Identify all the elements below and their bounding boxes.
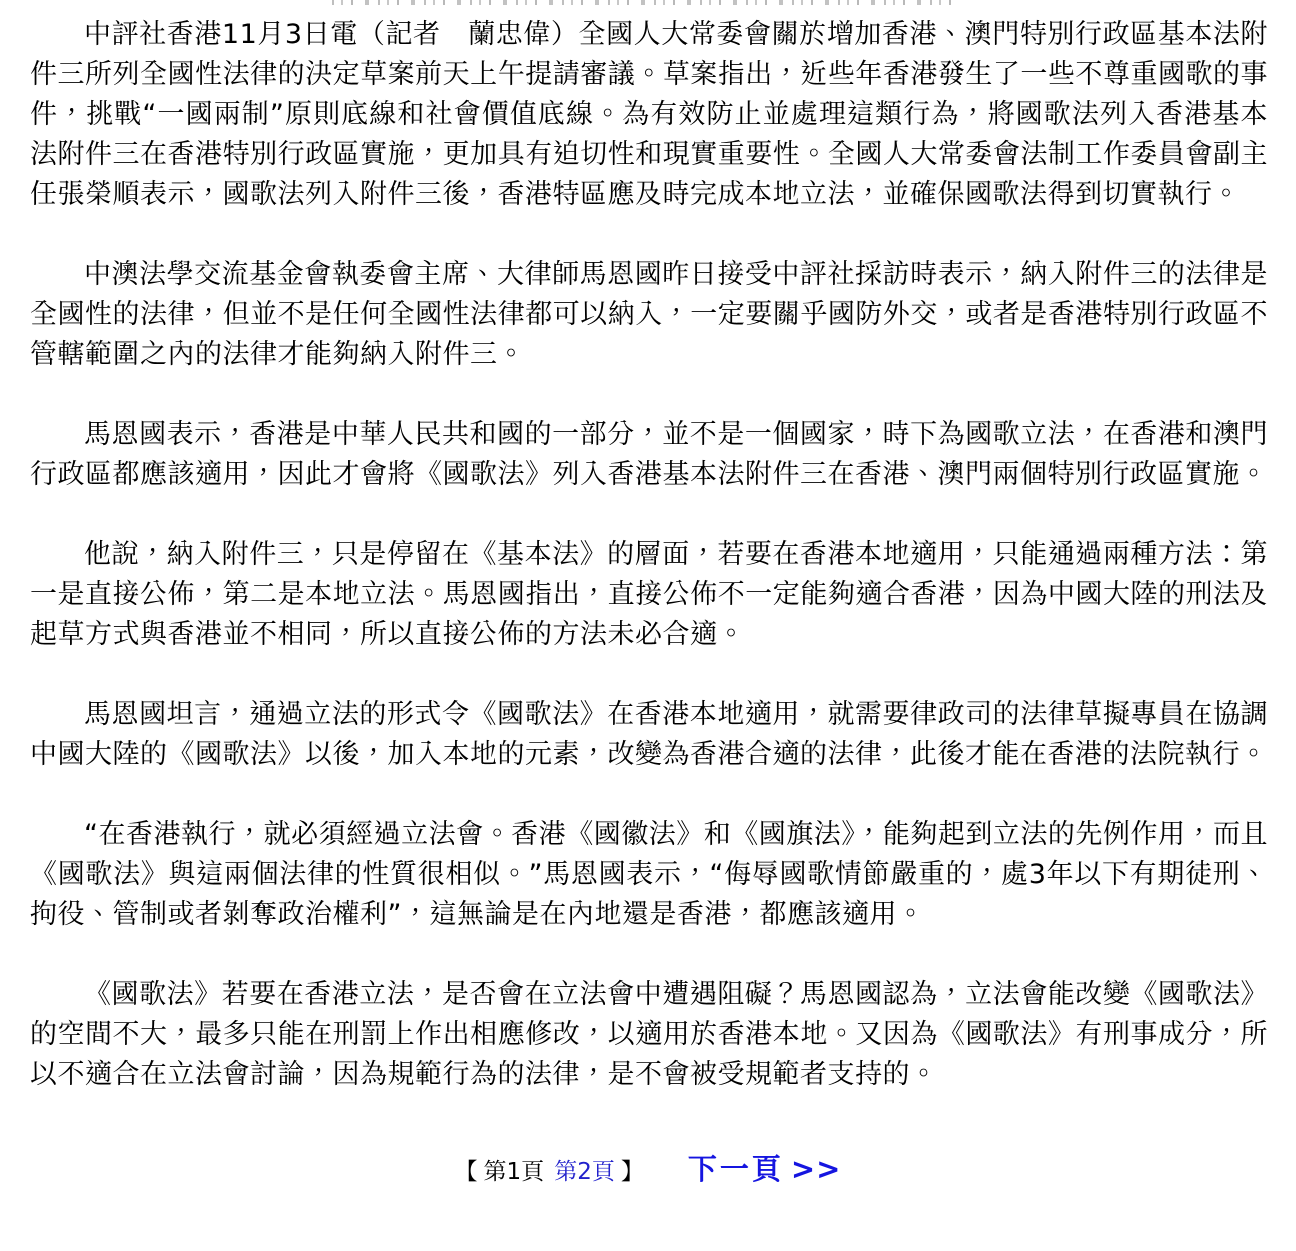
page-1-current: 第1頁 <box>484 1159 545 1185</box>
pagination: 【第1頁第2頁】下一頁>> <box>0 1147 1296 1188</box>
article-paragraph: 馬恩國表示，香港是中華人民共和國的一部分，並不是一個國家，時下為國歌立法，在香港… <box>30 415 1268 495</box>
pagination-bracket-close: 】 <box>621 1159 644 1185</box>
page-2-link[interactable]: 第2頁 <box>554 1159 615 1185</box>
next-page-arrows-icon: >> <box>791 1152 842 1186</box>
next-page-link[interactable]: 下一頁>> <box>688 1152 842 1186</box>
clipped-headline-fragment <box>332 0 962 5</box>
article-paragraph: “在香港執行，就必須經過立法會。香港《國徽法》和《國旗法》，能夠起到立法的先例作… <box>30 815 1268 935</box>
article-paragraph: 馬恩國坦言，通過立法的形式令《國歌法》在香港本地適用，就需要律政司的法律草擬專員… <box>30 695 1268 775</box>
article-paragraph: 中評社香港11月3日電（記者 蘭忠偉）全國人大常委會關於增加香港、澳門特別行政區… <box>30 15 1268 215</box>
article-body: 中評社香港11月3日電（記者 蘭忠偉）全國人大常委會關於增加香港、澳門特別行政區… <box>0 0 1296 1095</box>
article-paragraph: 他說，納入附件三，只是停留在《基本法》的層面，若要在香港本地適用，只能通過兩種方… <box>30 535 1268 655</box>
next-page-label: 下一頁 <box>688 1152 784 1186</box>
article-paragraph: 中澳法學交流基金會執委會主席、大律師馬恩國昨日接受中評社採訪時表示，納入附件三的… <box>30 255 1268 375</box>
pagination-bracket-open: 【 <box>455 1159 478 1185</box>
article-paragraph: 《國歌法》若要在香港立法，是否會在立法會中遭遇阻礙？馬恩國認為，立法會能改變《國… <box>30 975 1268 1095</box>
